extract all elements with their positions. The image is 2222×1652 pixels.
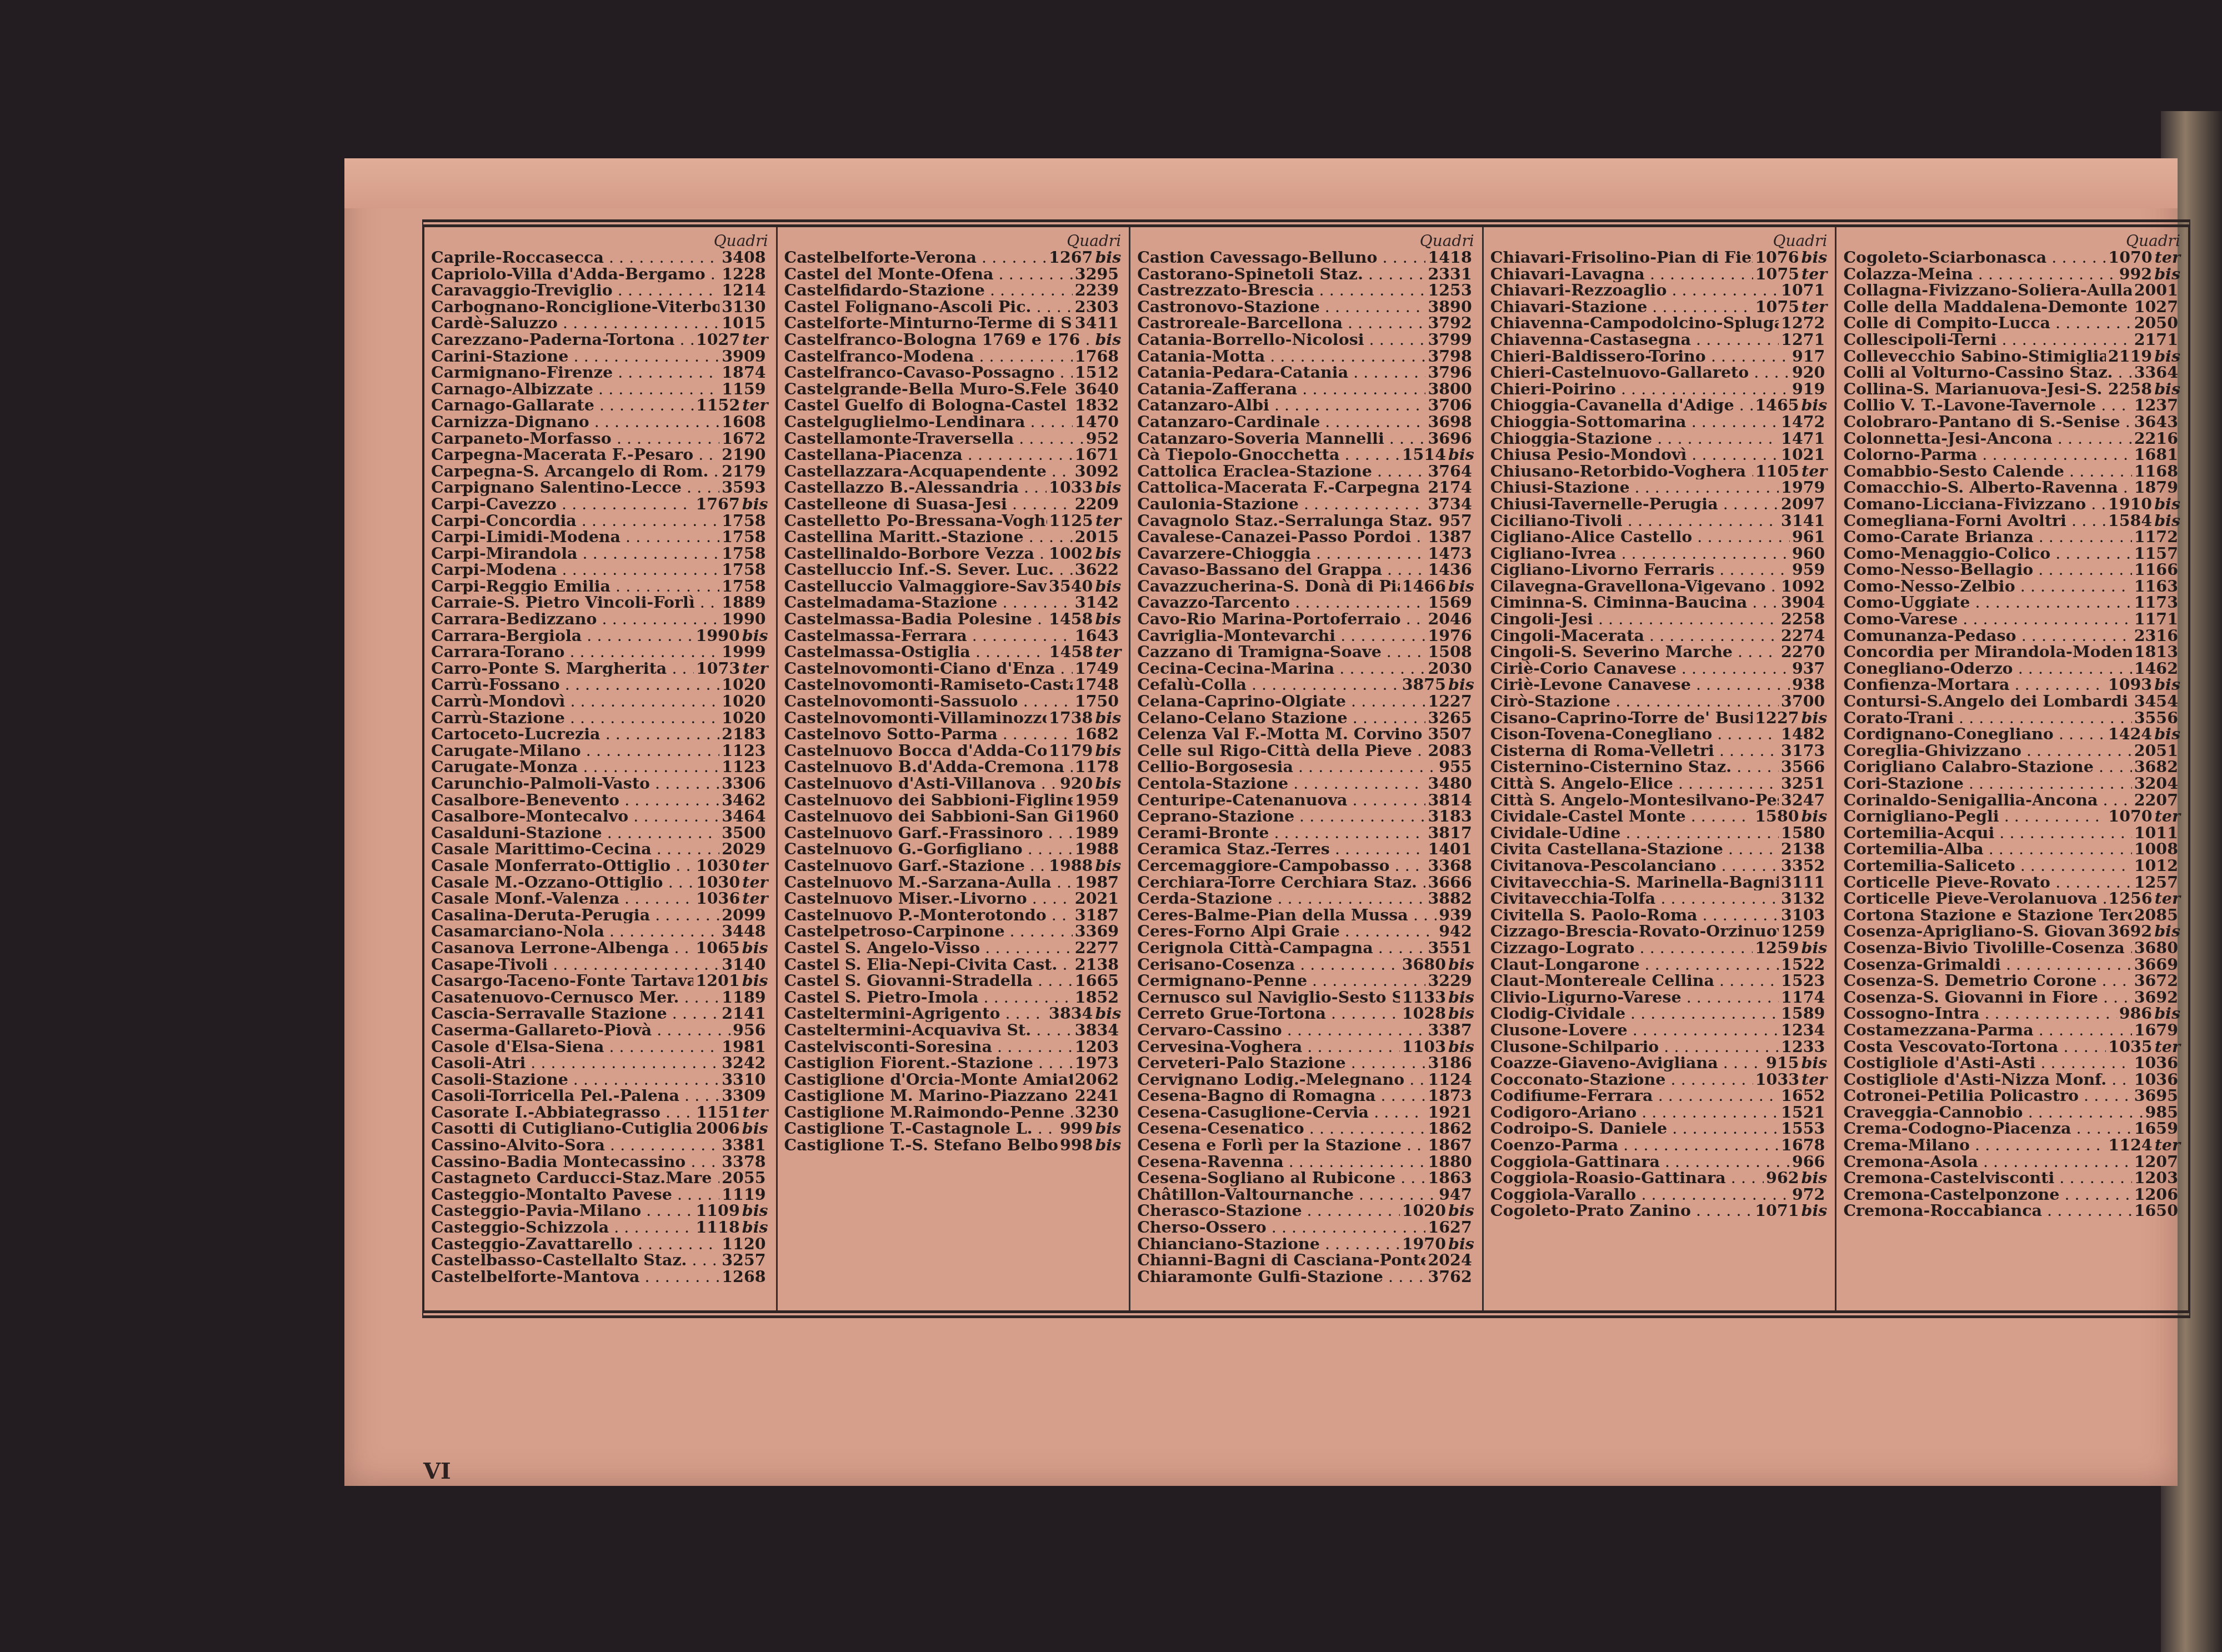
entry-name: Chiavari-Rezzoaglio — [1490, 282, 1779, 299]
entry-name: Carro-Ponte S. Margherita — [431, 660, 694, 677]
entry-number: 1075 — [1753, 266, 1799, 283]
entry-number: 1036 — [694, 890, 740, 907]
entry-suffix — [1825, 973, 1827, 989]
index-entry: Casoli-Stazione3310 — [431, 1072, 768, 1088]
index-entry: Celle sul Rigo-Città della Pieve2083 — [1137, 743, 1474, 759]
entry-name: Castelbelforte-Mantova — [431, 1269, 719, 1285]
index-entry: Casteggio-Pavia-Milano1109bis — [431, 1203, 768, 1219]
entry-number: 1758 — [719, 529, 765, 545]
entry-number: 3890 — [1425, 299, 1472, 316]
entry-suffix — [1119, 1072, 1121, 1088]
index-entry: Castelnuovo dei Sabbioni-Figline Valdarn… — [784, 792, 1122, 809]
entry-name: Cerreto Grue-Tortona — [1137, 1005, 1399, 1022]
entry-name: Castelmassa-Badia Polesine — [784, 611, 1047, 628]
entry-number: 1671 — [1073, 447, 1119, 463]
entry-name: Castelnuovo P.-Monterotondo — [784, 907, 1073, 924]
entry-name: Corinaldo-Senigallia-Ancona — [1843, 792, 2131, 809]
entry-number: 1206 — [2132, 1187, 2178, 1203]
entry-name: Cosenza-Grimaldi — [1843, 957, 2131, 973]
entry-number: 2029 — [719, 841, 765, 858]
index-entry: Cornigliano-Pegli1070ter — [1843, 808, 2180, 825]
entry-number: 1011 — [2132, 825, 2178, 842]
entry-number: 956 — [730, 1022, 766, 1039]
index-entry: Caravaggio-Treviglio1214 — [431, 282, 768, 299]
entry-number: 3540 — [1047, 578, 1093, 595]
index-entry: Cordignano-Conegliano1424bis — [1843, 726, 2180, 743]
entry-number: 3411 — [1073, 315, 1119, 332]
entry-number: 3173 — [1779, 743, 1825, 759]
index-entry: Casteggio-Zavattarello1120 — [431, 1236, 768, 1253]
entry-suffix — [1119, 447, 1121, 463]
entry-name: Civitanova-Pescolanciano — [1490, 858, 1779, 874]
entry-name: Coenzo-Parma — [1490, 1137, 1779, 1154]
index-entry: Carini-Stazione3909 — [431, 348, 768, 365]
index-entry: Casargo-Taceno-Fonte Tartavalle1201bis — [431, 973, 768, 989]
entry-number: 3132 — [1779, 890, 1825, 907]
entry-number: 1030 — [694, 874, 740, 891]
entry-suffix: bis — [740, 1219, 768, 1236]
entry-number: 2021 — [1073, 890, 1119, 907]
entry-suffix — [1825, 1022, 1827, 1039]
index-entry: Casamarciano-Nola3448 — [431, 923, 768, 940]
index-entry: Cilavegna-Gravellona-Vigevano1092 — [1490, 578, 1828, 595]
entry-suffix — [766, 1055, 768, 1072]
entry-suffix — [1825, 348, 1827, 365]
entry-name: Carezzano-Paderna-Tortona — [431, 332, 694, 348]
entry-suffix — [2178, 1170, 2180, 1187]
index-entry: Chiusa Pesio-Mondovì1021 — [1490, 447, 1828, 463]
entry-number: 3680 — [2132, 940, 2178, 957]
entry-name: Costa Vescovato-Tortona — [1843, 1039, 2106, 1055]
index-column-2: QuadriCastelbelforte-Verona1267bisCastel… — [778, 227, 1131, 1310]
entry-name: Castelnovomonti-Ramiseto-Castagneto — [784, 677, 1073, 693]
index-entry: Cassino-Badia Montecassino3378 — [431, 1154, 768, 1170]
entry-number: 999 — [1058, 1120, 1093, 1137]
entry-suffix — [766, 841, 768, 858]
entry-number: 1189 — [719, 989, 765, 1006]
entry-number: 1874 — [719, 364, 765, 381]
entry-suffix — [1119, 874, 1121, 891]
index-entry: Ceres-Balme-Pian della Mussa939 — [1137, 907, 1474, 924]
index-entry: Civitanova-Pescolanciano3352 — [1490, 858, 1828, 874]
index-entry: Chiusi-Stazione1979 — [1490, 479, 1828, 496]
index-entry: Colle di Compito-Lucca2050 — [1843, 315, 2180, 332]
entry-number: 1436 — [1425, 562, 1472, 578]
entry-name: Confienza-Mortara — [1843, 677, 2105, 693]
index-entry: Confienza-Mortara1093bis — [1843, 677, 2180, 693]
index-entry: Chieri-Castelnuovo-Gallareto920 — [1490, 364, 1828, 381]
index-entry: Castel del Monte-Ofena3295 — [784, 266, 1122, 283]
index-entry: Cremona-Asola1207 — [1843, 1154, 2180, 1170]
index-entry: Conegliano-Oderzo1462 — [1843, 660, 2180, 677]
entry-suffix — [1825, 957, 1827, 973]
index-entry: Castelluccio Valmaggiore-Savignano-Greci… — [784, 578, 1122, 595]
entry-suffix — [1472, 364, 1474, 381]
entry-number: 917 — [1790, 348, 1825, 365]
index-entry: Cattolica-Macerata F.-Carpegna2174 — [1137, 479, 1474, 496]
index-entry: Capriolo-Villa d'Adda-Bergamo1228 — [431, 266, 768, 283]
entry-name: Cervesina-Voghera — [1137, 1039, 1399, 1055]
entry-suffix — [1119, 973, 1121, 989]
entry-name: Comano-Licciana-Fivizzano — [1843, 496, 2105, 513]
index-entry: Chiavari-Stazione1075ter — [1490, 299, 1828, 316]
entry-name: Cavaso-Bassano del Grappa — [1137, 562, 1425, 578]
index-entry: Cefalù-Colla3875bis — [1137, 677, 1474, 693]
entry-name: Carunchio-Palmoli-Vasto — [431, 775, 719, 792]
index-entry: Chiusano-Retorbido-Voghera1105ter — [1490, 463, 1828, 480]
index-entry: Cosenza-Aprigliano-S. Giovanni in Fiore3… — [1843, 923, 2180, 940]
column-header: Quadri — [1137, 232, 1474, 249]
index-entry: Corigliano Calabro-Stazione3682 — [1843, 759, 2180, 775]
entry-suffix — [1472, 825, 1474, 842]
entry-name: Catania-Motta — [1137, 348, 1425, 365]
entry-name: Carpegna-S. Arcangelo di Rom. — [431, 463, 719, 480]
entry-name: Castelnovomonti-Villaminozzo — [784, 710, 1047, 727]
index-entry: Cherasco-Stazione1020bis — [1137, 1203, 1474, 1219]
index-entry: Civitavecchia-S. Marinella-Bagni Caravan… — [1490, 874, 1828, 891]
entry-name: Castelfranco-Modena — [784, 348, 1073, 365]
entry-suffix — [1119, 282, 1121, 299]
entry-suffix — [766, 594, 768, 611]
entry-name: Castellina Maritt.-Stazione — [784, 529, 1073, 545]
entry-number: 1863 — [1425, 1170, 1472, 1187]
entry-suffix — [1472, 611, 1474, 628]
entry-name: Comegliana-Forni Avoltri — [1843, 513, 2105, 529]
entry-number: 2006 — [693, 1120, 739, 1137]
entry-name: Ciminna-S. Ciminna-Baucina — [1490, 594, 1779, 611]
entry-number: 1033 — [1047, 479, 1093, 496]
entry-suffix — [1472, 726, 1474, 743]
entry-number: 1015 — [719, 315, 765, 332]
entry-name: Craveggia-Cannobio — [1843, 1104, 2143, 1121]
entry-number: 2097 — [1779, 496, 1825, 513]
entry-suffix — [766, 513, 768, 529]
entry-number: 3622 — [1073, 562, 1119, 578]
entry-name: Castelnuovo G.-Gorfigliano — [784, 841, 1073, 858]
entry-number: 3764 — [1425, 463, 1472, 480]
index-entry: Casorate I.-Abbiategrasso1151ter — [431, 1104, 768, 1121]
index-entry: Cervignano Lodig.-Melegnano1124 — [1137, 1072, 1474, 1088]
entry-suffix — [1119, 1039, 1121, 1055]
entry-suffix — [1119, 759, 1121, 775]
entry-number: 3408 — [719, 249, 765, 266]
entry-suffix: ter — [2153, 808, 2180, 825]
entry-name: Chiusi-Tavernelle-Perugia — [1490, 496, 1779, 513]
index-entry: Castelmassa-Ostiglia1458ter — [784, 644, 1122, 660]
entry-number: 3551 — [1425, 940, 1472, 957]
entry-suffix — [1825, 644, 1827, 660]
entry-suffix — [2178, 562, 2180, 578]
entry-suffix — [1472, 973, 1474, 989]
entry-suffix: bis — [1799, 1170, 1828, 1187]
entry-number: 2209 — [1073, 496, 1119, 513]
entry-suffix — [766, 1039, 768, 1055]
entry-number: 1075 — [1753, 299, 1799, 316]
entry-number: 2241 — [1073, 1088, 1119, 1104]
index-entry: Casteggio-Montalto Pavese1119 — [431, 1187, 768, 1203]
entry-name: Chiavari-Lavagna — [1490, 266, 1753, 283]
index-entry: Como-Menaggio-Colico1157 — [1843, 545, 2180, 562]
entry-name: Carrù-Fossano — [431, 677, 719, 693]
entry-suffix — [1119, 315, 1121, 332]
entry-number: 1179 — [1047, 743, 1093, 759]
index-entry: Castorano-Spinetoli Staz.2331 — [1137, 266, 1474, 283]
entry-name: Como-Uggiate — [1843, 594, 2131, 611]
entry-suffix — [2178, 315, 2180, 332]
entry-suffix — [1825, 282, 1827, 299]
entry-number: 3454 — [2132, 693, 2178, 710]
entry-suffix — [1825, 907, 1827, 924]
entry-number: 1071 — [1779, 282, 1825, 299]
entry-name: Cosenza-Aprigliano-S. Giovanni in Fiore — [1843, 923, 2105, 940]
entry-suffix — [1472, 644, 1474, 660]
index-entry: Cirò-Stazione3700 — [1490, 693, 1828, 710]
entry-name: Castelnuovo Garf.-Frassinoro — [784, 825, 1073, 842]
entry-suffix — [1119, 693, 1121, 710]
entry-suffix — [2178, 644, 2180, 660]
entry-number: 1988 — [1073, 841, 1119, 858]
entry-name: Castel S. Pietro-Imola — [784, 989, 1073, 1006]
entry-name: Castelforte-Minturno-Terme di Suio — [784, 315, 1073, 332]
entry-name: Castel Guelfo di Bologna-Castel S. Pietr… — [784, 397, 1073, 414]
entry-suffix — [1825, 743, 1827, 759]
entry-number: 3882 — [1425, 890, 1472, 907]
index-entry: Comacchio-S. Alberto-Ravenna1879 — [1843, 479, 2180, 496]
entry-suffix — [2178, 858, 2180, 874]
index-entry: Castel S. Elia-Nepi-Civita Cast.2138 — [784, 957, 1122, 973]
entry-name: Civitavecchia-S. Marinella-Bagni Caravan… — [1490, 874, 1779, 891]
entry-number: 3666 — [1425, 874, 1472, 891]
index-entry: Cocconato-Stazione1033ter — [1490, 1072, 1828, 1088]
entry-suffix — [766, 463, 768, 480]
entry-name: Cà Tiepolo-Gnocchetta — [1137, 447, 1399, 463]
index-entry: Castelfranco-Modena1768 — [784, 348, 1122, 365]
entry-name: Ceres-Balme-Pian della Mussa — [1137, 907, 1437, 924]
index-entry: Cavarzere-Chioggia1473 — [1137, 545, 1474, 562]
entry-number: 3814 — [1425, 792, 1472, 809]
entry-suffix: bis — [1093, 479, 1121, 496]
index-entry: Cremona-Castelvisconti1203 — [1843, 1170, 2180, 1187]
entry-suffix: bis — [1093, 249, 1121, 266]
entry-number: 1466 — [1400, 578, 1446, 595]
index-entry: Clodig-Cividale1589 — [1490, 1005, 1828, 1022]
entry-suffix — [1472, 1219, 1474, 1236]
entry-number: 1465 — [1753, 397, 1799, 414]
index-entry: Costigliole d'Asti-Nizza Monf.1036 — [1843, 1072, 2180, 1088]
entry-suffix — [1119, 364, 1121, 381]
index-entry: Castronovo-Stazione3890 — [1137, 299, 1474, 316]
entry-number: 3909 — [719, 348, 765, 365]
entry-suffix — [1472, 1137, 1474, 1154]
entry-suffix — [1472, 266, 1474, 283]
entry-number: 1401 — [1425, 841, 1472, 858]
index-entry: Cavriglia-Montevarchi1976 — [1137, 628, 1474, 644]
index-entry: Celana-Caprino-Olgiate1227 — [1137, 693, 1474, 710]
entry-suffix — [2178, 594, 2180, 611]
page-top-margin — [344, 158, 2178, 208]
index-entry: Cividale-Castel Monte1580bis — [1490, 808, 1828, 825]
entry-suffix — [766, 364, 768, 381]
index-entry: Catania-Motta3798 — [1137, 348, 1474, 365]
entry-name: Cerignola Città-Campagna — [1137, 940, 1425, 957]
entry-suffix — [1119, 841, 1121, 858]
entry-number: 1227 — [1753, 710, 1799, 727]
index-entry: Comabbio-Sesto Calende1168 — [1843, 463, 2180, 480]
entry-number: 1990 — [719, 611, 765, 628]
entry-number: 2055 — [719, 1170, 765, 1187]
entry-suffix — [2178, 332, 2180, 348]
entry-name: Cizzago-Brescia-Rovato-Orzinuovi-Chiari — [1490, 923, 1779, 940]
index-entry: Castiglione M.Raimondo-Penne3230 — [784, 1104, 1122, 1121]
entry-number: 919 — [1790, 381, 1825, 398]
entry-suffix — [1825, 562, 1827, 578]
entry-name: Castelnuovo Miser.-Livorno — [784, 890, 1073, 907]
entry-number: 2258 — [2106, 381, 2152, 398]
entry-name: Castiglion Fiorent.-Stazione — [784, 1055, 1073, 1072]
entry-number: 2239 — [1073, 282, 1119, 299]
entry-name: Collio V. T.-Lavone-Tavernole — [1843, 397, 2131, 414]
index-entry: Contursi-S.Angelo dei Lombardi3454 — [1843, 693, 2180, 710]
index-entry: Corato-Trani3556 — [1843, 710, 2180, 727]
entry-suffix — [2178, 430, 2180, 447]
entry-suffix — [1472, 890, 1474, 907]
entry-name: Castel S. Giovanni-Stradella — [784, 973, 1073, 989]
entry-number: 966 — [1790, 1154, 1825, 1170]
entry-name: Castion Cavessago-Belluno — [1137, 249, 1425, 266]
entry-name: Castel S. Angelo-Visso — [784, 940, 1073, 957]
entry-name: Centuripe-Catenanuova — [1137, 792, 1425, 809]
entry-number: 3368 — [1425, 858, 1472, 874]
entry-name: Castelnuovo Garf.-Stazione — [784, 858, 1047, 874]
entry-suffix: ter — [1799, 1072, 1827, 1088]
entry-name: Chiavari-Stazione — [1490, 299, 1753, 316]
entry-number: 3204 — [2132, 775, 2178, 792]
index-entry: Cesena-Casuglione-Cervia1921 — [1137, 1104, 1474, 1121]
entry-number: 1036 — [2132, 1055, 2178, 1072]
index-entry: Ceprano-Stazione3183 — [1137, 808, 1474, 825]
entry-number: 1103 — [1400, 1039, 1446, 1055]
index-entry: Comano-Licciana-Fivizzano1910bis — [1843, 496, 2180, 513]
index-entry: Ciriè-Levone Canavese938 — [1490, 677, 1828, 693]
index-entry: Castion Cavessago-Belluno1418 — [1137, 249, 1474, 266]
index-entry: Cavagnolo Staz.-Serralunga Staz.957 — [1137, 513, 1474, 529]
entry-number: 1758 — [719, 578, 765, 595]
index-entry: Caserma-Gallareto-Piovà956 — [431, 1022, 768, 1039]
entry-number: 937 — [1790, 660, 1825, 677]
entry-number: 1482 — [1779, 726, 1825, 743]
index-entry: Castiglione d'Orcia-Monte Amiata (dirama… — [784, 1072, 1122, 1088]
index-entry: Castroreale-Barcellona3792 — [1137, 315, 1474, 332]
entry-name: Costamezzana-Parma — [1843, 1022, 2131, 1039]
entry-number: 1682 — [1073, 726, 1119, 743]
entry-number: 2138 — [1073, 957, 1119, 973]
entry-name: Costigliole d'Asti-Asti — [1843, 1055, 2131, 1072]
index-entry: Clivio-Ligurno-Varese1174 — [1490, 989, 1828, 1006]
entry-number: 947 — [1437, 1187, 1472, 1203]
index-entry: Carunchio-Palmoli-Vasto3306 — [431, 775, 768, 792]
index-entry: Cosenza-S. Giovanni in Fiore3692 — [1843, 989, 2180, 1006]
index-entry: Cercemaggiore-Campobasso3368 — [1137, 858, 1474, 874]
entry-number: 3696 — [1425, 430, 1472, 447]
index-entry: Castelpetroso-Carpinone3369 — [784, 923, 1122, 940]
index-entry: Casale M.-Ozzano-Ottiglio1030ter — [431, 874, 768, 891]
entry-number: 1988 — [1047, 858, 1093, 874]
entry-name: Centola-Stazione — [1137, 775, 1425, 792]
entry-number: 1880 — [1425, 1154, 1472, 1170]
entry-suffix — [1472, 775, 1474, 792]
entry-suffix — [1825, 890, 1827, 907]
entry-suffix — [1825, 1088, 1827, 1104]
entry-number: 1070 — [2106, 249, 2152, 266]
entry-number: 3364 — [2132, 364, 2178, 381]
entry-name: Corticelle Pieve-Verolanuova — [1843, 890, 2106, 907]
entry-suffix — [1825, 1187, 1827, 1203]
index-entry: Cavalese-Canazei-Passo Pordoi1387 — [1137, 529, 1474, 545]
entry-name: Collevecchio Sabino-Stimigliano — [1843, 348, 2105, 365]
entry-name: Chiavenna-Castasegna — [1490, 332, 1779, 348]
index-entry: Castelnovomonti-Ciano d'Enza1749 — [784, 660, 1122, 677]
entry-suffix — [1472, 1154, 1474, 1170]
entry-number: 972 — [1790, 1187, 1825, 1203]
index-entry: Corinaldo-Senigallia-Ancona2207 — [1843, 792, 2180, 809]
entry-number: 1387 — [1425, 529, 1472, 545]
entry-name: Cornigliano-Pegli — [1843, 808, 2106, 825]
index-entry: Cà Tiepolo-Gnocchetta1514bis — [1137, 447, 1474, 463]
entry-suffix — [766, 315, 768, 332]
entry-number: 3242 — [719, 1055, 765, 1072]
index-column-4: QuadriChiavari-Frisolino-Pian di Fieno10… — [1484, 227, 1837, 1310]
index-entry: Castiglione M. Marino-Piazzano2241 — [784, 1088, 1122, 1104]
entry-name: Cogoleto-Prato Zanino — [1490, 1203, 1753, 1219]
entry-suffix — [766, 1088, 768, 1104]
index-entry: Carpi-Concordia1758 — [431, 513, 768, 529]
entry-number: 3092 — [1073, 463, 1119, 480]
entry-suffix — [1825, 594, 1827, 611]
entry-name: Colle di Compito-Lucca — [1843, 315, 2131, 332]
entry-number: 1981 — [719, 1039, 765, 1055]
index-entry: Carpi-Reggio Emilia1758 — [431, 578, 768, 595]
entry-suffix — [766, 1269, 768, 1285]
entry-suffix — [1472, 282, 1474, 299]
entry-name: Codroipo-S. Daniele — [1490, 1120, 1779, 1137]
entry-name: Casalbore-Montecalvo — [431, 808, 719, 825]
entry-number: 2062 — [1073, 1072, 1119, 1088]
index-entry: Cingoli-S. Severino Marche2270 — [1490, 644, 1828, 660]
entry-name: Casole d'Elsa-Siena — [431, 1039, 719, 1055]
index-entry: Casotti di Cutigliano-Cutigliano2006bis — [431, 1120, 768, 1137]
entry-name: Catania-Pedara-Catania — [1137, 364, 1425, 381]
entry-name: Castiglione T.-Castagnole L. — [784, 1120, 1058, 1137]
entry-number: 1256 — [2106, 890, 2152, 907]
entry-number: 2303 — [1073, 299, 1119, 316]
entry-suffix — [766, 414, 768, 430]
entry-suffix — [766, 529, 768, 545]
entry-number: 1523 — [1779, 973, 1825, 989]
entry-suffix — [1825, 479, 1827, 496]
entry-name: Caprile-Roccasecca — [431, 249, 719, 266]
entry-name: Como-Menaggio-Colico — [1843, 545, 2131, 562]
index-entry: Cerignola Città-Campagna3551 — [1137, 940, 1474, 957]
entry-number: 2141 — [719, 1005, 765, 1022]
entry-suffix — [1472, 545, 1474, 562]
entry-name: Cascia-Serravalle Stazione — [431, 1005, 719, 1022]
entry-number: 3593 — [719, 479, 765, 496]
entry-number: 985 — [2143, 1104, 2178, 1121]
entry-name: Cotronei-Petilia Policastro — [1843, 1088, 2131, 1104]
index-entry: Casoli-Atri3242 — [431, 1055, 768, 1072]
entry-number: 2183 — [719, 726, 765, 743]
index-entry: Chioggia-Stazione1471 — [1490, 430, 1828, 447]
